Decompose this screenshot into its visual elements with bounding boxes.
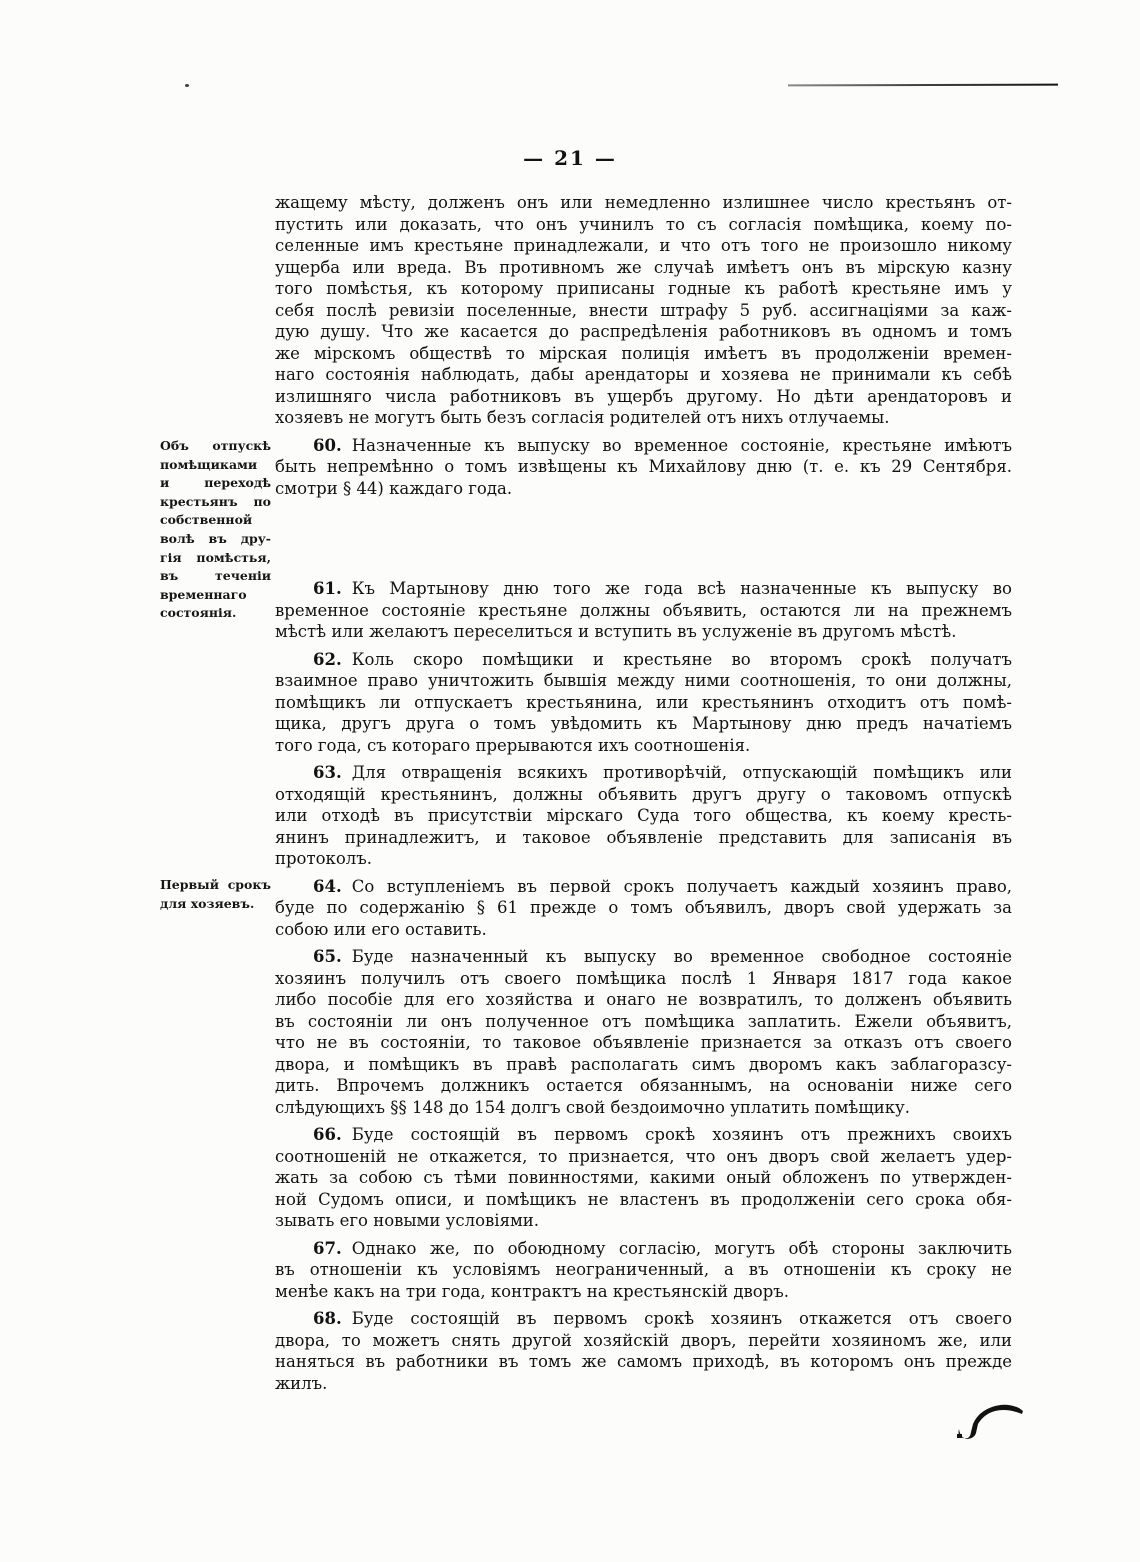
text-line: хозяинъ получилъ отъ своего помѣщика пос… bbox=[275, 968, 1012, 990]
margin-note-line: собственной bbox=[160, 511, 271, 530]
text-line: щика, другъ друга о томъ увѣдомить къ Ма… bbox=[275, 713, 1012, 735]
text-line: жилъ. bbox=[275, 1373, 1012, 1395]
paragraph-62: 62.Коль скоро помѣщики и крестьяне во вт… bbox=[275, 649, 1012, 757]
margin-note-first-term: Первый срокъдля хозяевъ. bbox=[160, 876, 271, 913]
margin-note-line: въ теченіи bbox=[160, 567, 271, 586]
text-line: что не въ состояніи, то таковое объявлен… bbox=[275, 1032, 1012, 1054]
section-number: 62. bbox=[313, 650, 342, 669]
text-line: помѣщикъ ли отпускаетъ крестьянина, или … bbox=[275, 692, 1012, 714]
text-line: буде по содержанію § 61 прежде о томъ об… bbox=[275, 897, 1012, 919]
paragraph-68: 68.Буде состоящій въ первомъ срокѣ хозяи… bbox=[275, 1308, 1012, 1394]
section-number: 68. bbox=[313, 1309, 342, 1328]
text-line: взаимное право уничтожить бывшія между н… bbox=[275, 670, 1012, 692]
page-number: — 21 — bbox=[0, 146, 1140, 170]
section-number: 64. bbox=[313, 877, 342, 896]
text-line: 68.Буде состоящій въ первомъ срокѣ хозяи… bbox=[275, 1308, 1012, 1330]
text-line: 63.Для отвращенія всякихъ противорѣчій, … bbox=[275, 762, 1012, 784]
text-line: 62.Коль скоро помѣщики и крестьяне во вт… bbox=[275, 649, 1012, 671]
paragraph-61: 61.Къ Мартынову дню того же года всѣ наз… bbox=[275, 578, 1012, 643]
section-number: 67. bbox=[313, 1239, 342, 1258]
text-line: въ состояніи ли онъ полученное отъ помѣщ… bbox=[275, 1011, 1012, 1033]
text-line: наняться въ работники въ томъ же самомъ … bbox=[275, 1351, 1012, 1373]
scan-artifact-line bbox=[788, 84, 1058, 87]
margin-note-line: помѣщиками bbox=[160, 456, 271, 475]
text-column: жащему мѣсту, долженъ онъ или немедленно… bbox=[275, 192, 1012, 1394]
text-line: ущерба или вреда. Въ противномъ же случа… bbox=[275, 257, 1012, 279]
margin-note-line: гія помѣстья, bbox=[160, 549, 271, 568]
margin-note-line: для хозяевъ. bbox=[160, 895, 271, 914]
text-line: того помѣстья, къ которому приписаны год… bbox=[275, 278, 1012, 300]
section-number: 60. bbox=[313, 436, 342, 455]
text-line: собою или его оставить. bbox=[275, 919, 1012, 941]
text-line: соотношеній не откажется, то признается,… bbox=[275, 1146, 1012, 1168]
text-line: же мірскомъ обществѣ то мірская полиція … bbox=[275, 343, 1012, 365]
text-line: смотри § 44) каждаго года. bbox=[275, 478, 1012, 500]
section-number: 65. bbox=[313, 947, 342, 966]
text-line: хозяевъ не могутъ быть безъ согласія род… bbox=[275, 407, 1012, 429]
text-line: въ отношеніи къ условіямъ неограниченный… bbox=[275, 1259, 1012, 1281]
text-line: либо пособіе для его хозяйства и онаго н… bbox=[275, 989, 1012, 1011]
text-line: 67.Однако же, по обоюдному согласію, мог… bbox=[275, 1238, 1012, 1260]
text-line: быть непремѣнно о томъ извѣщены къ Михай… bbox=[275, 456, 1012, 478]
margin-note-line: и переходѣ bbox=[160, 474, 271, 493]
paragraph-60: 60.Назначенные къ выпуску во временное с… bbox=[275, 435, 1012, 500]
margin-note-line: Первый срокъ bbox=[160, 876, 271, 895]
text-line: менѣе какъ на три года, контрактъ на кре… bbox=[275, 1281, 1012, 1303]
text-line: ной Судомъ описи, и помѣщикъ не властенъ… bbox=[275, 1189, 1012, 1211]
text-line: 61.Къ Мартынову дню того же года всѣ наз… bbox=[275, 578, 1012, 600]
text-line: слѣдующихъ §§ 148 до 154 долгъ свой безд… bbox=[275, 1097, 1012, 1119]
paragraph-63: 63.Для отвращенія всякихъ противорѣчій, … bbox=[275, 762, 1012, 870]
margin-note-release-of-peasants: Объ отпускѣпомѣщикамии переходѣкрестьянъ… bbox=[160, 437, 271, 623]
paragraph-67: 67.Однако же, по обоюдному согласію, мог… bbox=[275, 1238, 1012, 1303]
section-number: 63. bbox=[313, 763, 342, 782]
text-line: протоколъ. bbox=[275, 848, 1012, 870]
text-line: жать за собою съ тѣми повинностями, каки… bbox=[275, 1167, 1012, 1189]
text-line: двора, то можетъ снять другой хозяйскій … bbox=[275, 1330, 1012, 1352]
margin-note-line: временнаго bbox=[160, 586, 271, 605]
text-line: 65.Буде назначенный къ выпуску во времен… bbox=[275, 946, 1012, 968]
scan-artifact-ink-blob bbox=[955, 1399, 1027, 1441]
scan-artifact-speck bbox=[185, 84, 189, 87]
text-line: 66.Буде состоящій въ первомъ срокѣ хозяи… bbox=[275, 1124, 1012, 1146]
section-number: 66. bbox=[313, 1125, 342, 1144]
margin-note-line: состоянія. bbox=[160, 604, 271, 623]
margin-note-line: волѣ въ дру- bbox=[160, 530, 271, 549]
text-line: пустить или доказать, что онъ учинилъ то… bbox=[275, 214, 1012, 236]
text-line: зывать его новыми условіями. bbox=[275, 1210, 1012, 1232]
text-line: того года, съ котораго прерываются ихъ с… bbox=[275, 735, 1012, 757]
text-line: временное состояніе крестьяне должны объ… bbox=[275, 600, 1012, 622]
paragraph-continuation: жащему мѣсту, долженъ онъ или немедленно… bbox=[275, 192, 1012, 429]
text-line: жащему мѣсту, долженъ онъ или немедленно… bbox=[275, 192, 1012, 214]
text-line: селенные имъ крестьяне принадлежали, и ч… bbox=[275, 235, 1012, 257]
scanned-page: — 21 — жащему мѣсту, долженъ онъ или нем… bbox=[0, 0, 1140, 1562]
margin-note-line: Объ отпускѣ bbox=[160, 437, 271, 456]
text-line: 60.Назначенные къ выпуску во временное с… bbox=[275, 435, 1012, 457]
text-line: наго состоянія наблюдать, дабы арендатор… bbox=[275, 364, 1012, 386]
text-line: янинъ принадлежитъ, и таковое объявленіе… bbox=[275, 827, 1012, 849]
margin-note-line: крестьянъ по bbox=[160, 493, 271, 512]
text-line: или отходѣ въ присутствіи мірскаго Суда … bbox=[275, 805, 1012, 827]
paragraph-66: 66.Буде состоящій въ первомъ срокѣ хозяи… bbox=[275, 1124, 1012, 1232]
text-line: 64.Со вступленіемъ въ первой срокъ получ… bbox=[275, 876, 1012, 898]
text-line: дую душу. Что же касается до распредѣлен… bbox=[275, 321, 1012, 343]
section-number: 61. bbox=[313, 579, 342, 598]
text-line: отходящій крестьянинъ, должны объявить д… bbox=[275, 784, 1012, 806]
text-line: двора, и помѣщикъ въ правѣ располагать с… bbox=[275, 1054, 1012, 1076]
paragraph-65: 65.Буде назначенный къ выпуску во времен… bbox=[275, 946, 1012, 1118]
text-line: дить. Впрочемъ должникъ остается обязанн… bbox=[275, 1075, 1012, 1097]
text-line: мѣстѣ или желаютъ переселиться и вступит… bbox=[275, 621, 1012, 643]
text-line: излишняго числа работниковъ въ ущербъ др… bbox=[275, 386, 1012, 408]
paragraph-64: 64.Со вступленіемъ въ первой срокъ получ… bbox=[275, 876, 1012, 941]
text-line: себя послѣ ревизіи поселенные, внести шт… bbox=[275, 300, 1012, 322]
